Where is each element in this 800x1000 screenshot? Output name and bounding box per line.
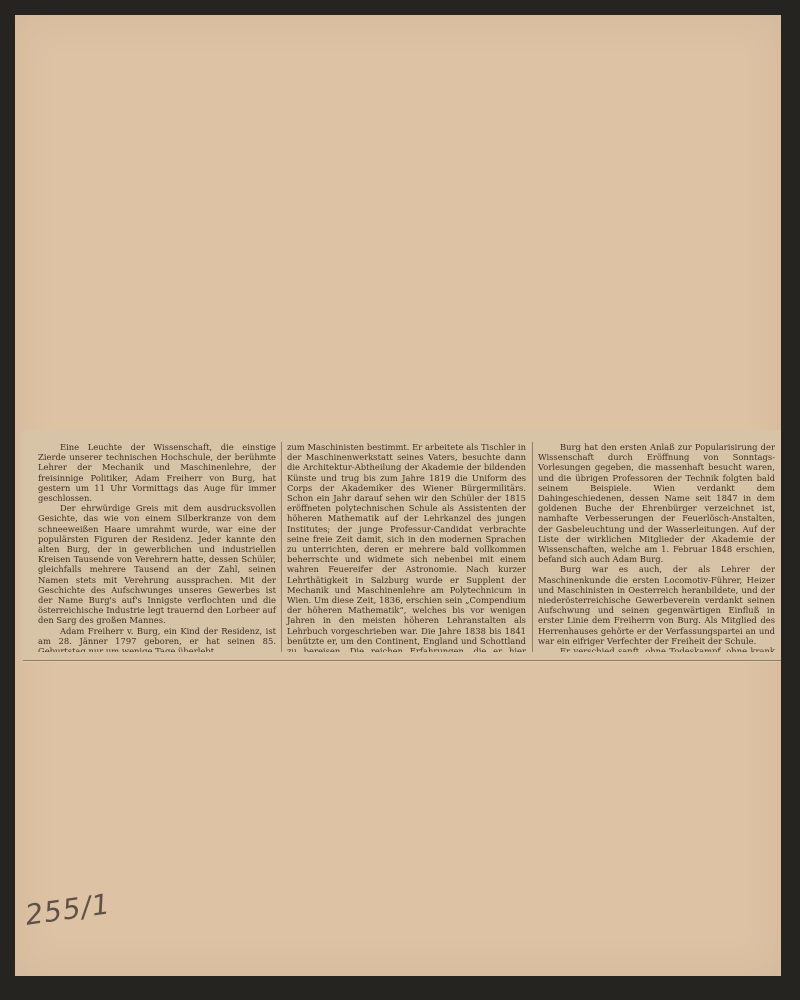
clipping-column-2: zum Maschinisten bestimmt. Er arbeitete … bbox=[281, 442, 531, 652]
archive-sheet: Eine Leuchte der Wissenschaft, die einst… bbox=[15, 15, 781, 976]
clipping-column-3: Burg hat den ersten Anlaß zur Popularisi… bbox=[532, 442, 780, 652]
newspaper-clipping: Eine Leuchte der Wissenschaft, die einst… bbox=[23, 430, 781, 661]
paragraph: zum Maschinisten bestimmt. Er arbeitete … bbox=[287, 442, 526, 652]
paragraph: Er verschied sanft, ohne Todeskampf, ohn… bbox=[538, 646, 775, 652]
paragraph: Burg hat den ersten Anlaß zur Popularisi… bbox=[538, 442, 775, 564]
paragraph: Burg war es auch, der als Lehrer der Mas… bbox=[538, 564, 775, 646]
clipping-column-1: Eine Leuchte der Wissenschaft, die einst… bbox=[33, 442, 281, 652]
paragraph: Der ehrwürdige Greis mit dem ausdrucksvo… bbox=[38, 503, 276, 625]
paragraph: Adam Freiherr v. Burg, ein Kind der Resi… bbox=[38, 626, 276, 652]
paragraph: Eine Leuchte der Wissenschaft, die einst… bbox=[38, 442, 276, 503]
